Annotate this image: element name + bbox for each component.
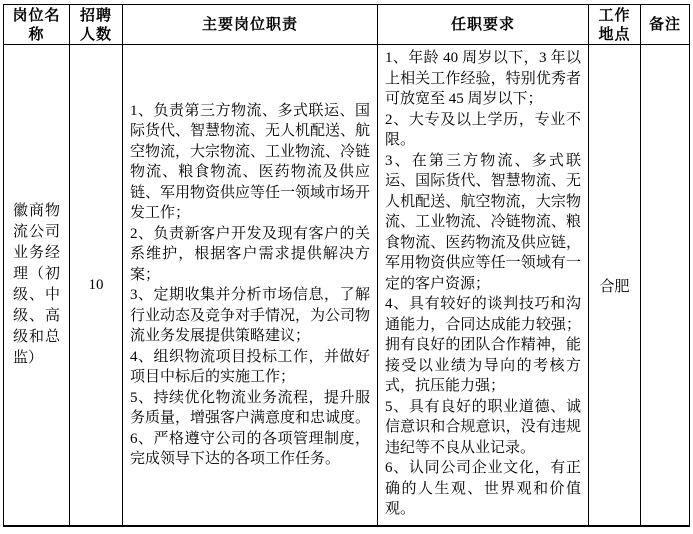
header-remark: 备注 [641, 5, 690, 45]
job-posting-table: 岗位名称 招聘人数 主要岗位职责 任职要求 工作地点 备注 徽商物流公司业务经理… [3, 4, 690, 527]
header-headcount: 招聘人数 [70, 5, 123, 45]
header-requirements: 任职要求 [378, 5, 589, 45]
responsibilities-cell: 1、负责第三方物流、多式联运、国际货代、智慧物流、无人机配送、航空物流，大宗物流… [123, 45, 378, 527]
table-body: 徽商物流公司业务经理（初级、中级、高级和总监） 10 1、负责第三方物流、多式联… [4, 45, 690, 527]
header-responsibilities: 主要岗位职责 [123, 5, 378, 45]
location-cell: 合肥 [589, 45, 641, 527]
job-posting-page: 岗位名称 招聘人数 主要岗位职责 任职要求 工作地点 备注 徽商物流公司业务经理… [0, 0, 693, 534]
remark-cell [641, 45, 690, 527]
table-row: 岗位名称 招聘人数 主要岗位职责 任职要求 工作地点 备注 [4, 5, 690, 45]
table-header-row: 岗位名称 招聘人数 主要岗位职责 任职要求 工作地点 备注 [4, 5, 690, 45]
header-position-name: 岗位名称 [4, 5, 70, 45]
header-location: 工作地点 [589, 5, 641, 45]
position-name-cell: 徽商物流公司业务经理（初级、中级、高级和总监） [4, 45, 70, 527]
table-row: 徽商物流公司业务经理（初级、中级、高级和总监） 10 1、负责第三方物流、多式联… [4, 45, 690, 527]
headcount-cell: 10 [70, 45, 123, 527]
requirements-cell: 1、年龄 40 周岁以下，3 年以上相关工作经验，特别优秀者可放宽至 45 周岁… [378, 45, 589, 527]
